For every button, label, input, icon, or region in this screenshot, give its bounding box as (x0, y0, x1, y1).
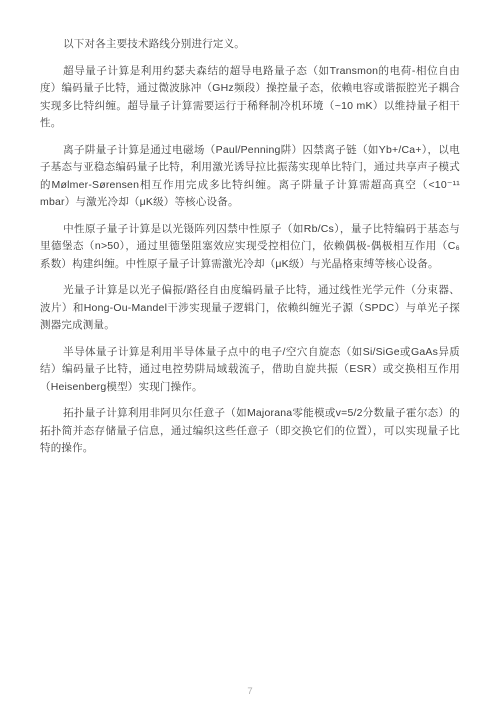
page-number: 7 (0, 686, 500, 697)
ion-trap-definition-paragraph: 离子阱量子计算是通过电磁场（Paul/Penning阱）囚禁离子链（如Yb+/C… (40, 142, 460, 212)
document-body: 以下对各主要技术路线分别进行定义。 超导量子计算是利用约瑟夫森结的超导电路量子态… (40, 36, 460, 467)
document-page: 以下对各主要技术路线分别进行定义。 超导量子计算是利用约瑟夫森结的超导电路量子态… (0, 0, 500, 722)
photonic-definition-paragraph: 光量子计算是以光子偏振/路径自由度编码量子比特，通过线性光学元件（分束器、波片）… (40, 282, 460, 335)
superconducting-definition-paragraph: 超导量子计算是利用约瑟夫森结的超导电路量子态（如Transmon的电荷-相位自由… (40, 63, 460, 133)
intro-paragraph: 以下对各主要技术路线分别进行定义。 (40, 36, 460, 54)
semiconductor-definition-paragraph: 半导体量子计算是利用半导体量子点中的电子/空穴自旋态（如Si/SiGe或GaAs… (40, 344, 460, 397)
topological-definition-paragraph: 拓扑量子计算利用非阿贝尔任意子（如Majorana零能模或v=5/2分数量子霍尔… (40, 405, 460, 458)
neutral-atom-definition-paragraph: 中性原子量子计算是以光镊阵列囚禁中性原子（如Rb/Cs），量子比特编码于基态与里… (40, 221, 460, 274)
